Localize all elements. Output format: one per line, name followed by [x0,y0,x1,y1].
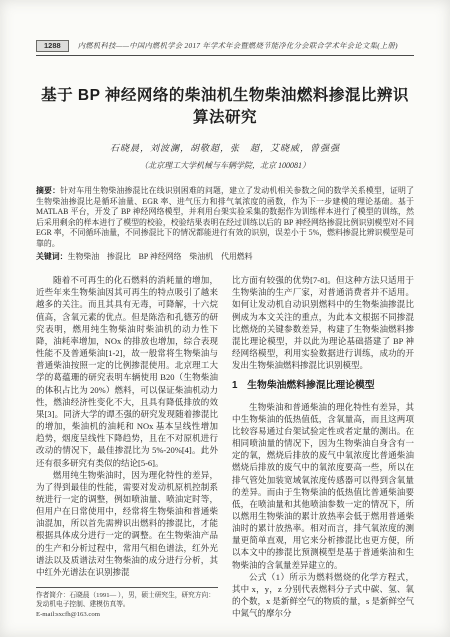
affiliation: （北京理工大学机械与车辆学院，北京 100081） [36,160,414,171]
right-column: 比方面有较强的优势[7-8]。但这种方法只适用于生物柴油的生产厂家，对普通消费者… [232,274,414,619]
body-paragraph: 生物柴油和普通柴油的理化特性有差异，其中生物柴油的低热值低，含氧量高，而且这两项… [232,401,414,571]
abstract-label: 摘要： [36,186,60,195]
author-list: 石晓晨，刘波澜，胡敬超，张 超，艾晓威，曾强强 [36,141,414,154]
body-paragraph: 燃用纯生物柴油时，因为理化特性的差异，为了得到最佳的性能，需要对发动机原机控制系… [36,469,218,578]
paper-title: 基于 BP 神经网络的柴油机生物柴油燃料掺混比辨识算法研究 [36,83,414,127]
left-column: 随着不可再生的化石燃料的消耗量的增加，近些年来生物柴油因其可再生的特点吸引了越来… [36,274,218,619]
abstract-text: 针对车用生物柴油掺混比在线识别困难的问题，建立了发动机相关参数之间的数学关系模型… [36,186,414,248]
page-number: 1288 [36,40,69,52]
journal-title: 内燃机科技——中国内燃机学会 2017 年学术年会暨燃烧节能净化分会联合学术年会… [78,41,398,51]
section-heading: 1 生物柴油燃料掺混比理论模型 [232,380,414,392]
body-columns: 随着不可再生的化石燃料的消耗量的增加，近些年来生物柴油因其可再生的特点吸引了越来… [36,274,414,619]
page-header: 1288 内燃机科技——中国内燃机学会 2017 年学术年会暨燃烧节能净化分会联… [36,40,414,56]
paper-page: 1288 内燃机科技——中国内燃机学会 2017 年学术年会暨燃烧节能净化分会联… [0,0,450,637]
footnote: 作者简介：石晓晨（1991— ），男，硕士研究生，研究方向：发动机电子控制、建模… [36,587,218,619]
keywords: 关键词：生物柴油 掺混比 BP 神经网络 柴油机 代用燃料 [36,252,414,263]
keywords-label: 关键词： [36,252,68,261]
body-paragraph: 比方面有较强的优势[7-8]。但这种方法只适用于生物柴油的生产厂家，对普通消费者… [232,274,414,371]
body-paragraph: 公式（1）所示为燃料燃烧的化学方程式，其中 x，y，z 分别代表燃料分子式中碳、… [232,571,414,620]
author-bio: 作者简介：石晓晨（1991— ），男，硕士研究生，研究方向：发动机电子控制、建模… [36,591,218,609]
keywords-text: 生物柴油 掺混比 BP 神经网络 柴油机 代用燃料 [68,252,253,261]
abstract: 摘要：针对车用生物柴油掺混比在线识别困难的问题，建立了发动机相关参数之间的数学关… [36,186,414,250]
body-paragraph: 随着不可再生的化石燃料的消耗量的增加，近些年来生物柴油因其可再生的特点吸引了越来… [36,274,218,469]
author-email: E-mail:sxcfh@163.com [36,610,218,619]
